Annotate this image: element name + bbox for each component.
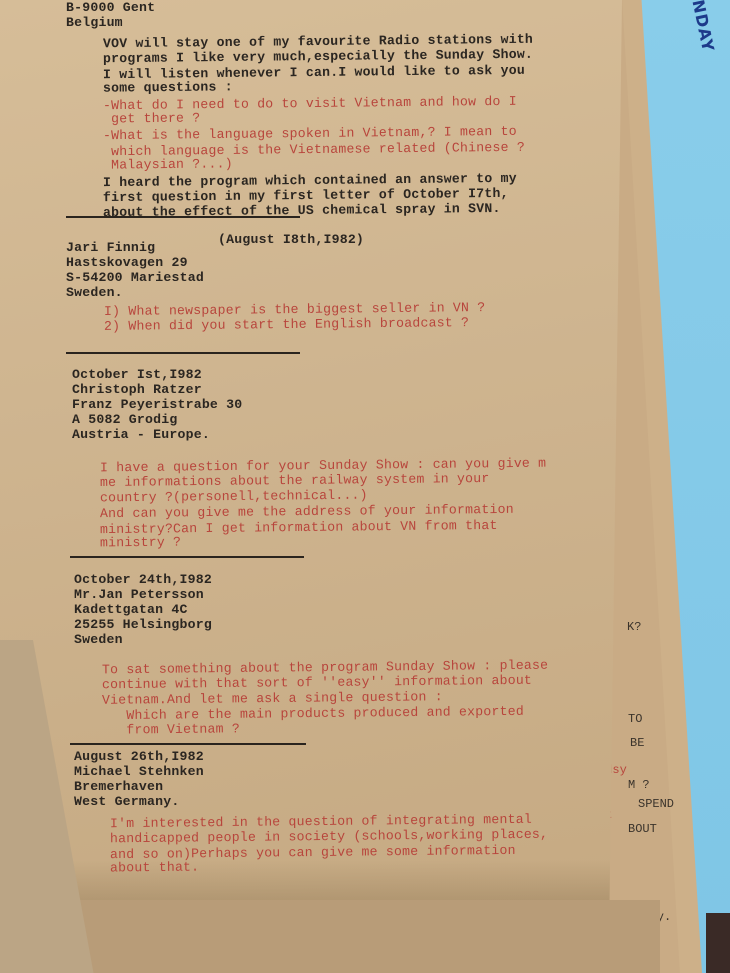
edge-fragment: M ? bbox=[628, 778, 650, 792]
letter-body-line: some questions : bbox=[103, 80, 233, 97]
letter-header-line: October 24th,I982 bbox=[74, 572, 212, 588]
letter-header-line: A 5082 Grodig bbox=[72, 412, 177, 428]
letter-header-line: West Germany. bbox=[74, 794, 179, 810]
letter-header-line: Michael Stehnken bbox=[74, 764, 204, 780]
letter-header-line: B-9000 Gent bbox=[66, 0, 155, 16]
letter-header-line: Austria - Europe. bbox=[72, 427, 210, 443]
letter-header-line: S-54200 Mariestad bbox=[66, 270, 204, 286]
letter-header-line: Franz Peyeristrabe 30 bbox=[72, 397, 242, 413]
letter-body-line: ministry ? bbox=[100, 535, 181, 552]
letter-header-line: Christoph Ratzer bbox=[72, 382, 202, 398]
table-corner bbox=[706, 913, 730, 973]
letter-header-line: Kadettgatan 4C bbox=[74, 602, 188, 618]
letter-header-line: Belgium bbox=[66, 15, 123, 31]
letter-body-line: get there ? bbox=[103, 110, 201, 127]
letter-header-line: October Ist,I982 bbox=[72, 367, 202, 383]
letter-header-line: 25255 Helsingborg bbox=[74, 617, 212, 633]
edge-fragment: TO bbox=[628, 712, 642, 726]
letter-date: (August I8th,I982) bbox=[218, 232, 364, 248]
letter-header-line: August 26th,I982 bbox=[74, 749, 204, 765]
letter-header-line: Sweden bbox=[74, 632, 123, 648]
section-divider bbox=[70, 743, 306, 745]
edge-fragment: SPEND bbox=[638, 797, 674, 811]
letter-header-line: Jari Finnig bbox=[66, 240, 155, 256]
letter-body-line: about that. bbox=[110, 860, 199, 877]
section-divider bbox=[66, 352, 300, 354]
section-divider bbox=[66, 216, 300, 218]
edge-fragment: BE bbox=[630, 736, 644, 750]
letter-header-line: Sweden. bbox=[66, 285, 123, 301]
letter-body-line: Malaysian ?...) bbox=[103, 157, 233, 174]
section-divider bbox=[70, 556, 304, 558]
edge-fragment: BOUT bbox=[628, 822, 657, 836]
letter-body-line: from Vietnam ? bbox=[102, 721, 240, 738]
underlying-sheet-bottom bbox=[0, 900, 660, 973]
letter-header-line: Mr.Jan Petersson bbox=[74, 587, 204, 603]
letter-header-line: Bremerhaven bbox=[74, 779, 163, 795]
edge-fragment: K? bbox=[627, 620, 641, 634]
letter-header-line: Hastskovagen 29 bbox=[66, 255, 188, 271]
